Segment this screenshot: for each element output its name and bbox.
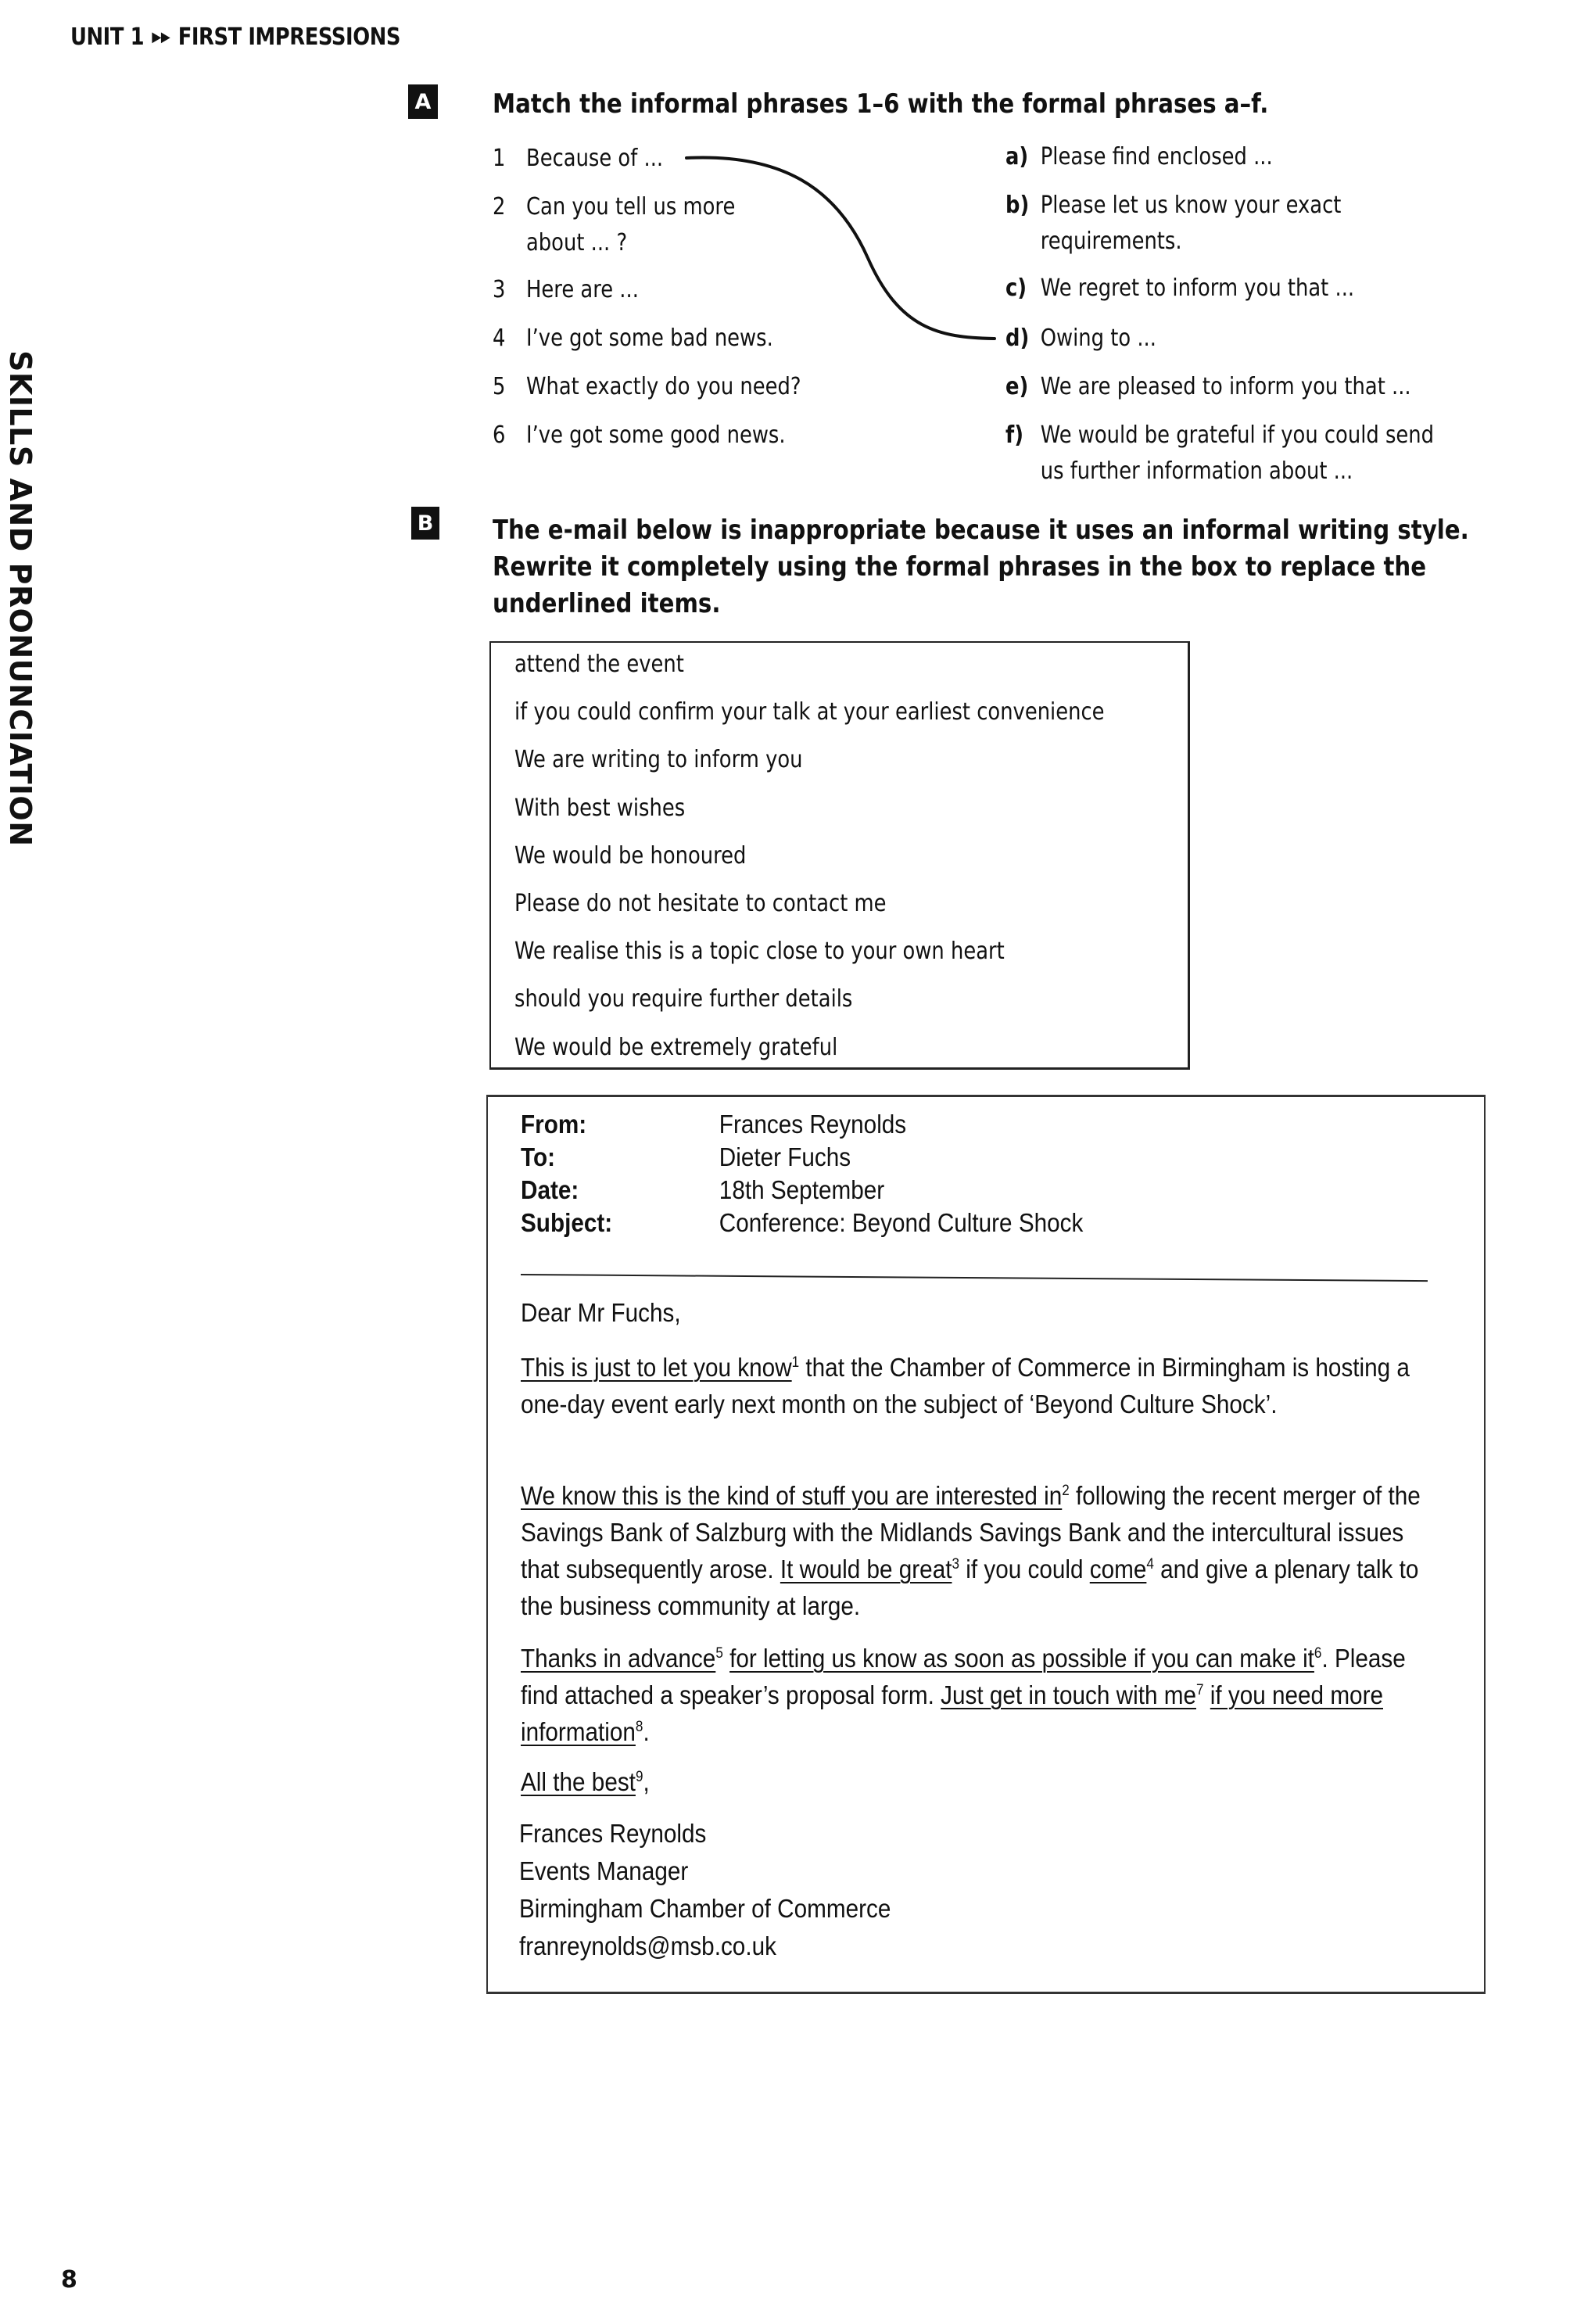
signature-line: Events Manager [519,1852,688,1890]
signature-line: franreynolds@msb.co.uk [519,1928,776,1965]
phrase-box-item: should you require further details [514,985,852,1013]
instruction-line: Rewrite it completely using the formal p… [493,549,1469,586]
phrase-box-item: We realise this is a topic close to your… [514,938,1005,965]
footnote-ref: 8 [636,1719,643,1735]
underlined-phrase: It would be great [780,1555,952,1583]
signature-line: Birmingham Chamber of Commerce [519,1890,891,1928]
section-b-instruction: The e-mail below is inappropriate becaus… [493,512,1469,622]
underlined-phrase: come [1090,1555,1147,1583]
email-paragraph: We know this is the kind of stuff you ar… [521,1477,1421,1624]
footnote-ref: 3 [952,1556,959,1573]
example-match-line [0,0,1595,469]
underlined-phrase: We know this is the kind of stuff you ar… [521,1481,1062,1510]
phrase-box-item: attend the event [514,651,684,678]
underlined-phrase: Thanks in advance [521,1644,715,1673]
phrase-box-item: We would be extremely grateful [514,1034,837,1061]
header-label: From: [521,1110,719,1139]
header-label: To: [521,1142,719,1172]
email-header-row: To:Dieter Fuchs [521,1142,851,1172]
phrase-box-item: if you could confirm your talk at your e… [514,698,1105,726]
footnote-ref: 2 [1062,1483,1070,1499]
header-value: Frances Reynolds [719,1110,906,1139]
email-paragraph: Thanks in advance5 for letting us know a… [521,1640,1421,1750]
footnote-ref: 7 [1196,1682,1204,1698]
phrase-box-item: We would be honoured [514,842,746,870]
email-paragraph: All the best9, [521,1763,1421,1800]
email-header-row: Date:18th September [521,1175,884,1205]
header-value: Conference: Beyond Culture Shock [719,1208,1084,1237]
email-header-row: From:Frances Reynolds [521,1110,906,1139]
header-label: Subject: [521,1208,719,1238]
underlined-phrase: This is just to let you know [521,1353,792,1382]
header-value: Dieter Fuchs [719,1142,851,1171]
header-divider [521,1274,1428,1282]
footnote-ref: 6 [1314,1645,1322,1662]
footnote-ref: 9 [636,1769,643,1785]
header-label: Date: [521,1175,719,1205]
formal-phrase-box: attend the eventif you could confirm you… [489,641,1190,1070]
instruction-line: The e-mail below is inappropriate becaus… [493,512,1469,549]
phrase-box-item: With best wishes [514,794,685,822]
email-message: From:Frances ReynoldsTo:Dieter FuchsDate… [486,1095,1486,1994]
phrase-box-item: We are writing to inform you [514,746,802,773]
underlined-phrase: All the best [521,1767,636,1796]
phrase-box-item: Please do not hesitate to contact me [514,890,887,917]
email-salutation: Dear Mr Fuchs, [521,1294,1421,1331]
header-value: 18th September [719,1175,884,1204]
footnote-ref: 5 [715,1645,723,1662]
footnote-ref: 1 [792,1354,800,1371]
instruction-line: underlined items. [493,586,1469,622]
underlined-phrase: Just get in touch with me [941,1680,1196,1709]
signature-line: Frances Reynolds [519,1815,706,1852]
page-number: 8 [61,2266,77,2294]
footnote-ref: 4 [1146,1556,1154,1573]
section-b-badge: B [411,507,439,540]
email-header-row: Subject:Conference: Beyond Culture Shock [521,1208,1083,1238]
email-paragraph: This is just to let you know1 that the C… [521,1349,1421,1422]
underlined-phrase: for letting us know as soon as possible … [729,1644,1314,1673]
